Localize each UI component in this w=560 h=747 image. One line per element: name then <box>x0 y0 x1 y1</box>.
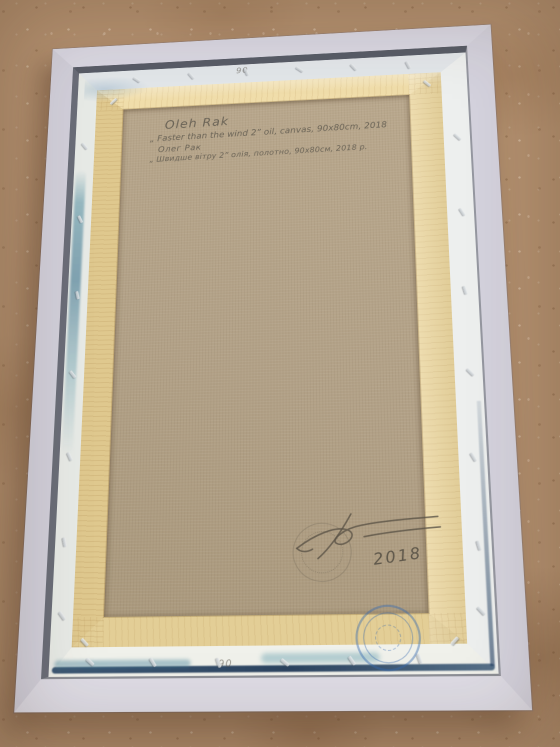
canvas-wrap-edge: 90 90 Oleh Rak „ Faster than the wind 2”… <box>48 52 498 676</box>
artist-signature <box>290 504 448 564</box>
paint-trace-teal-bottom-left <box>54 659 191 668</box>
blue-ink-round-stamp <box>345 595 431 682</box>
photograph-of-painting-back: 90 90 Oleh Rak „ Faster than the wind 2”… <box>0 0 560 747</box>
frame-rabbet-shadow: 90 90 Oleh Rak „ Faster than the wind 2”… <box>41 46 501 679</box>
paint-trace-navy-right <box>477 401 495 666</box>
paint-trace-navy-bottom <box>52 664 495 674</box>
framed-canvas-back: 90 90 Oleh Rak „ Faster than the wind 2”… <box>14 25 532 713</box>
linen-canvas-back: Oleh Rak „ Faster than the wind 2” oil, … <box>104 95 429 617</box>
picture-frame-back: 90 90 Oleh Rak „ Faster than the wind 2”… <box>14 25 532 713</box>
stretcher-bars: Oleh Rak „ Faster than the wind 2” oil, … <box>72 72 468 647</box>
handwritten-inscription: Oleh Rak „ Faster than the wind 2” oil, … <box>150 104 396 164</box>
